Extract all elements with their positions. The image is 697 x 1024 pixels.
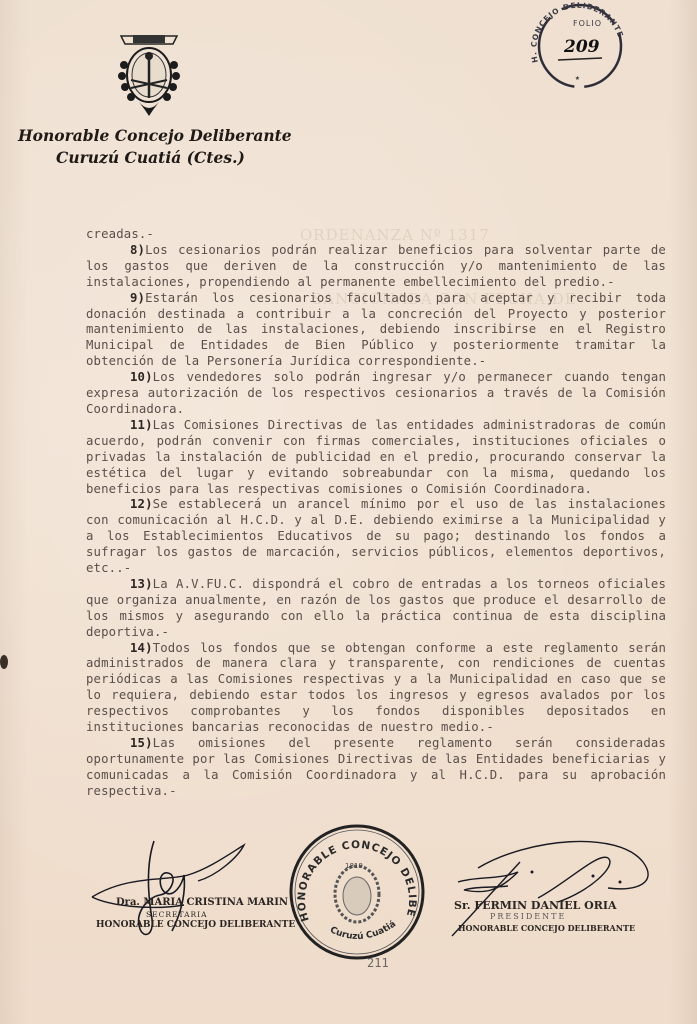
opening-line: creadas.- [86, 227, 666, 243]
letterhead-location: Curuzú Cuatiá (Ctes.) [18, 147, 292, 169]
president-name: Sr. FERMIN DANIEL ORIA [454, 899, 617, 912]
article-9: 9)Estarán los cesionarios facultados par… [86, 291, 666, 371]
president-organization: HONORABLE CONCEJO DELIBERANTE [458, 923, 635, 933]
svg-text:Curuzú Cuatiá: Curuzú Cuatiá [328, 919, 398, 942]
folio-stamp: H. CONCEJO DELIBERANTE FOLIO 209 ★ [528, 2, 628, 90]
ink-blot [0, 655, 8, 669]
letterhead: Honorable Concejo Deliberante Curuzú Cua… [18, 125, 292, 169]
secretary-name: Dra. MARIA CRISTINA MARIN [116, 897, 288, 908]
seal-year: 1810 [345, 862, 363, 870]
signature-block-president: Sr. FERMIN DANIEL ORIA PRESIDENTE HONORA… [448, 832, 658, 942]
letterhead-title: Honorable Concejo Deliberante [18, 125, 292, 147]
article-13: 13)La A.V.FU.C. dispondrá el cobro de en… [86, 577, 666, 641]
document-body: creadas.- 8)Los cesionarios podrán reali… [86, 227, 666, 800]
svg-text:★: ★ [575, 73, 580, 82]
president-role: PRESIDENTE [490, 912, 566, 921]
seal-bottom-text: Curuzú Cuatiá [328, 919, 398, 942]
article-10: 10)Los vendedores solo podrán ingresar y… [86, 370, 666, 418]
municipal-coat-of-arms-icon [113, 30, 185, 118]
article-15: 15)Las omisiones del presente reglamento… [86, 736, 666, 800]
page-number: 211 [367, 956, 389, 970]
article-12: 12)Se establecerá un arancel mínimo por … [86, 497, 666, 577]
article-11: 11)Las Comisiones Directivas de las enti… [86, 418, 666, 498]
secretary-role: SECRETARIA [146, 910, 208, 919]
signature-block-secretary: Dra. MARIA CRISTINA MARIN SECRETARIA HON… [88, 835, 268, 940]
folio-label: FOLIO [573, 19, 602, 28]
article-8: 8)Los cesionarios podrán realizar benefi… [86, 243, 666, 291]
folio-number: 209 [563, 37, 600, 57]
council-seal: HONORABLE CONCEJO DELIBERANTE Curuzú Cua… [287, 822, 427, 962]
article-14: 14)Todos los fondos que se obtengan conf… [86, 641, 666, 736]
secretary-organization: HONORABLE CONCEJO DELIBERANTE [96, 920, 295, 930]
